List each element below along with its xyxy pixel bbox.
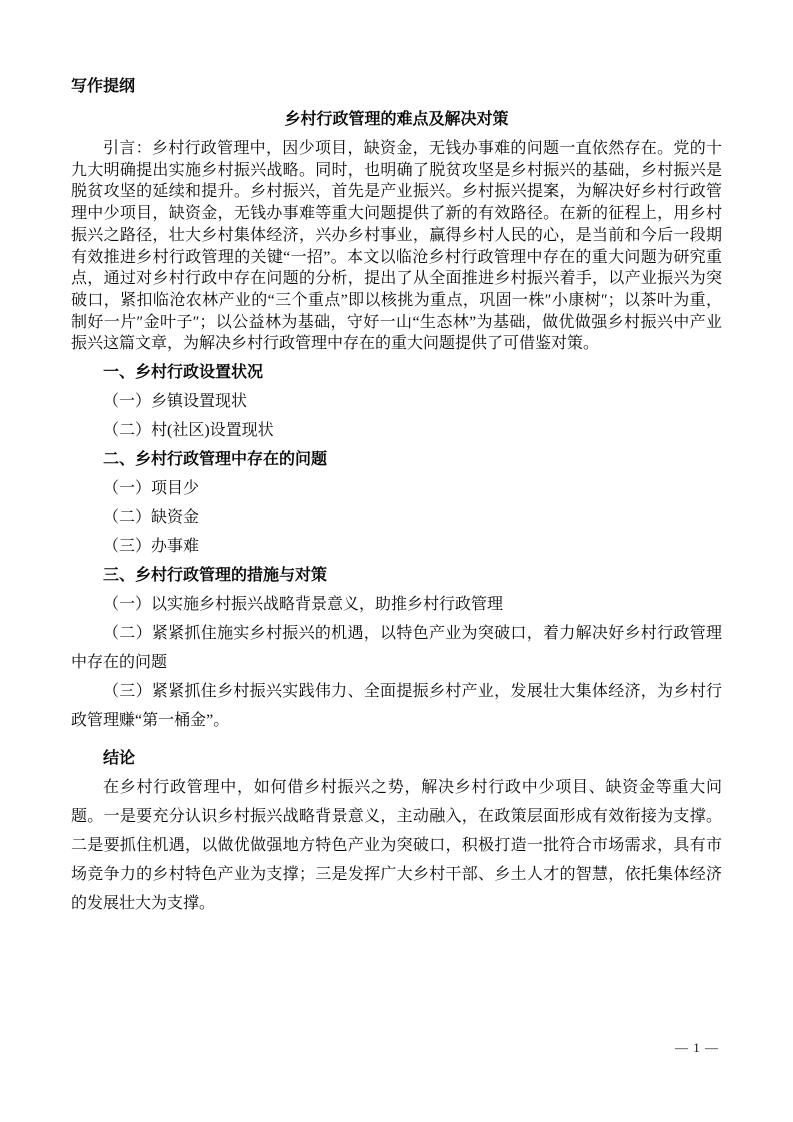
section-2-heading: 二、乡村行政管理中存在的问题 xyxy=(71,445,722,474)
document-page: 写作提纲 乡村行政管理的难点及解决对策 引言：乡村行政管理中，因少项目，缺资金，… xyxy=(0,0,793,1122)
outline-body: 一、乡村行政设置状况 （一）乡镇设置现状 （二）村(社区)设置现状 二、乡村行政… xyxy=(71,358,722,918)
outline-label: 写作提纲 xyxy=(71,76,722,98)
document-title: 乡村行政管理的难点及解决对策 xyxy=(71,109,722,131)
section-2-item-2: （二）缺资金 xyxy=(71,503,722,532)
document-content: 写作提纲 乡村行政管理的难点及解决对策 引言：乡村行政管理中，因少项目，缺资金，… xyxy=(71,76,722,918)
section-3-item-2: （二）紧紧抓住施实乡村振兴的机遇，以特色产业为突破口，着力解决好乡村行政管理中存… xyxy=(71,619,722,677)
intro-paragraph: 引言：乡村行政管理中，因少项目，缺资金，无钱办事难的问题一直依然存在。党的十九大… xyxy=(71,138,722,355)
outline-section-3: 三、乡村行政管理的措施与对策 （一）以实施乡村振兴战略背景意义，助推乡村行政管理… xyxy=(71,561,722,735)
section-3-item-3: （三）紧紧抓住乡村振兴实践伟力、全面提振乡村产业，发展壮大集体经济，为乡村行政管… xyxy=(71,677,722,735)
section-1-item-2: （二）村(社区)设置现状 xyxy=(71,416,722,445)
outline-section-1: 一、乡村行政设置状况 （一）乡镇设置现状 （二）村(社区)设置现状 xyxy=(71,358,722,445)
section-3-item-1: （一）以实施乡村振兴战略背景意义，助推乡村行政管理 xyxy=(71,590,722,619)
section-2-item-1: （一）项目少 xyxy=(71,474,722,503)
page-number: — 1 — xyxy=(675,1040,719,1056)
conclusion-paragraph: 在乡村行政管理中，如何借乡村振兴之势，解决乡村行政中少项目、缺资金等重大问题。一… xyxy=(71,773,722,918)
section-2-item-3: （三）办事难 xyxy=(71,532,722,561)
section-3-heading: 三、乡村行政管理的措施与对策 xyxy=(71,561,722,590)
section-1-heading: 一、乡村行政设置状况 xyxy=(71,358,722,387)
conclusion-heading: 结论 xyxy=(71,744,722,773)
outline-section-2: 二、乡村行政管理中存在的问题 （一）项目少 （二）缺资金 （三）办事难 xyxy=(71,445,722,561)
section-1-item-1: （一）乡镇设置现状 xyxy=(71,387,722,416)
